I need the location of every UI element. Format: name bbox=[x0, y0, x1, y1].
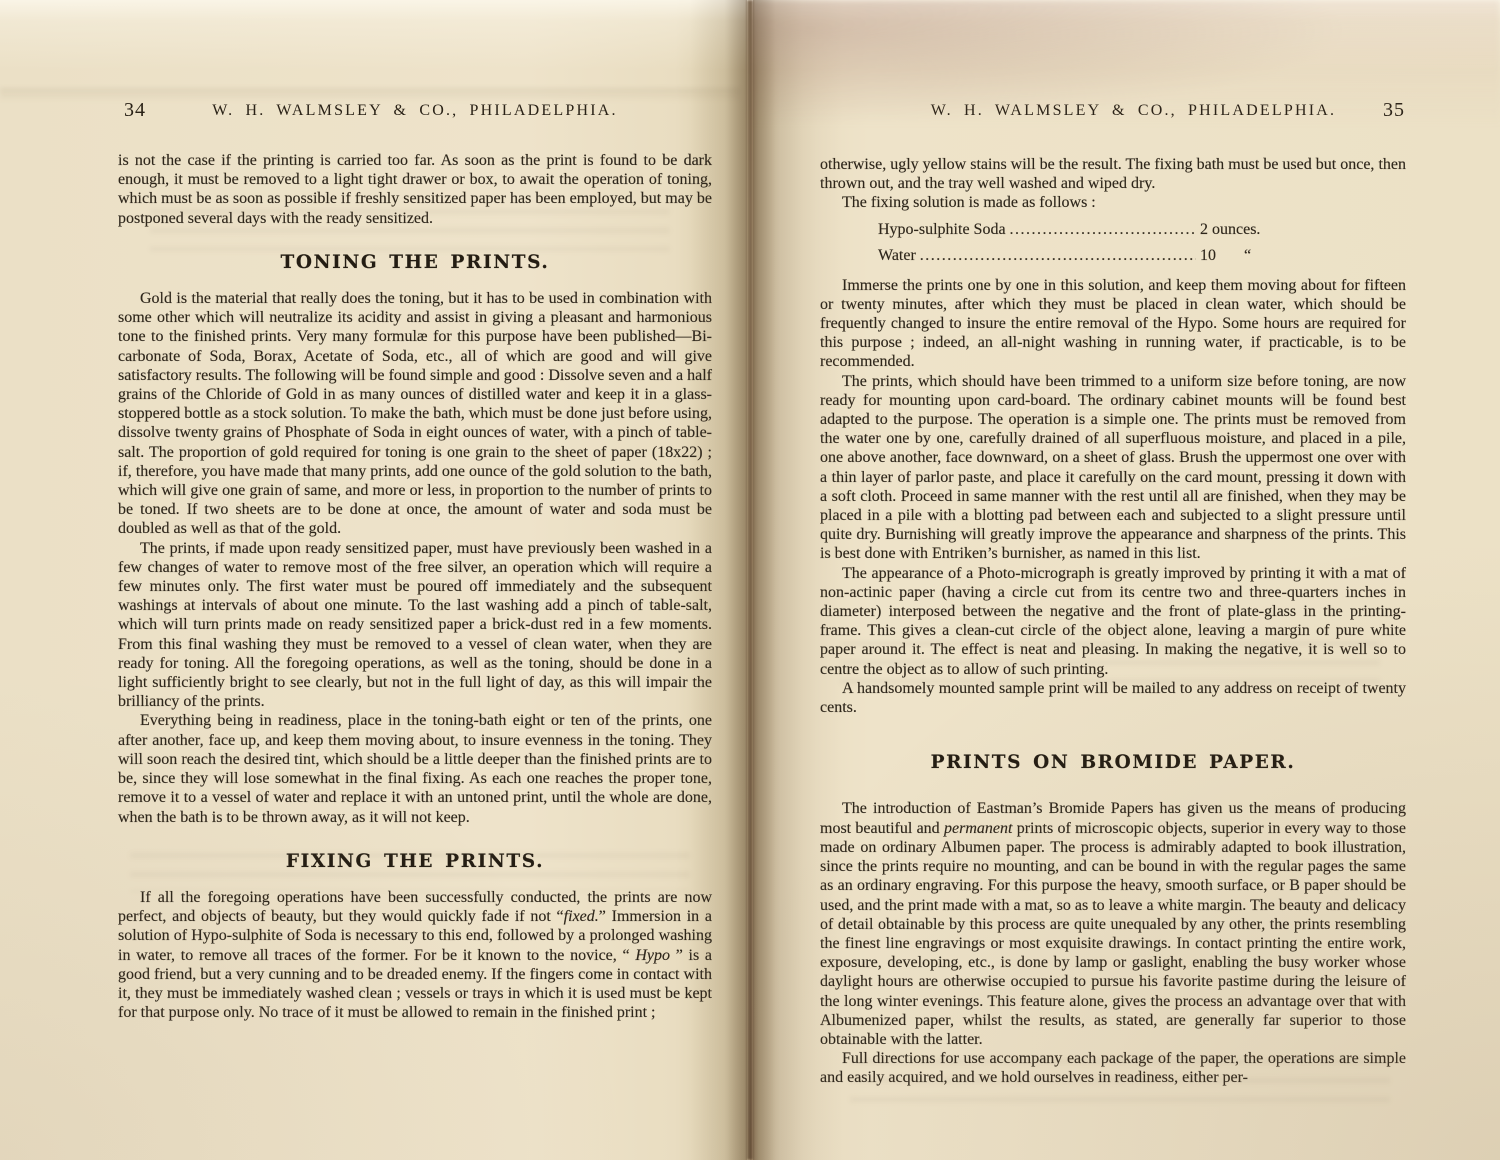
paragraph-fixing-italic-fixed: fixed. bbox=[564, 908, 599, 925]
dot-leader bbox=[920, 243, 1196, 269]
section-heading-bromide: PRINTS ON BROMIDE PAPER. bbox=[820, 753, 1406, 772]
paragraph-toning-bath: Everything being in readiness, place in … bbox=[118, 711, 712, 826]
paragraph-solution-intro: The fixing solution is made as follows : bbox=[820, 193, 1406, 212]
running-header: W. H. WALMSLEY & CO., PHILADELPHIA. bbox=[862, 102, 1405, 120]
paragraph-toning-intro: is not the case if the printing is carri… bbox=[118, 151, 712, 228]
page-number: 35 bbox=[1383, 99, 1405, 122]
paragraph-fixing: If all the foregoing operations have bee… bbox=[118, 888, 712, 1022]
paragraph-sample-print: A handsomely mounted sample print will b… bbox=[820, 679, 1406, 717]
page-35-header: 35 W. H. WALMSLEY & CO., PHILADELPHIA. bbox=[862, 102, 1405, 138]
recipe-row-water: Water 10 “ bbox=[878, 243, 1286, 269]
page-35-text-column: otherwise, ugly yellow stains will be th… bbox=[820, 155, 1406, 1088]
paragraph-gold-formula: Gold is the material that really does th… bbox=[118, 289, 712, 539]
recipe-row-hypo: Hypo-sulphite Soda 2 ounces. bbox=[878, 217, 1286, 243]
paragraph-bromide-italic-permanent: permanent bbox=[944, 820, 1012, 837]
page-number: 34 bbox=[124, 99, 146, 122]
paragraph-mounting: The prints, which should have been trimm… bbox=[820, 372, 1406, 564]
paragraph-fixing-continuation: otherwise, ugly yellow stains will be th… bbox=[820, 155, 1406, 193]
book-scan: 34 W. H. WALMSLEY & CO., PHILADELPHIA. i… bbox=[0, 0, 1500, 1160]
page-34-text-column: is not the case if the printing is carri… bbox=[118, 151, 712, 1022]
recipe-quantity: 2 ounces. bbox=[1200, 217, 1286, 243]
section-heading-toning: TONING THE PRINTS. bbox=[118, 253, 712, 272]
fixing-solution-recipe: Hypo-sulphite Soda 2 ounces. Water 10 “ bbox=[878, 217, 1286, 269]
paragraph-washing-prints: The prints, if made upon ready sensitize… bbox=[118, 539, 712, 712]
page-35: 35 W. H. WALMSLEY & CO., PHILADELPHIA. o… bbox=[750, 0, 1500, 1160]
paragraph-fixing-italic-hypo: Hypo bbox=[635, 947, 670, 964]
section-heading-fixing: FIXING THE PRINTS. bbox=[118, 852, 712, 871]
page-34: 34 W. H. WALMSLEY & CO., PHILADELPHIA. i… bbox=[0, 0, 750, 1160]
paragraph-bromide-seg3: prints of microscopic objects, superior … bbox=[820, 820, 1406, 1048]
recipe-quantity: 10 “ bbox=[1200, 243, 1286, 269]
paragraph-photo-micrograph: The appearance of a Photo-micrograph is … bbox=[820, 564, 1406, 679]
recipe-ingredient: Hypo-sulphite Soda bbox=[878, 217, 1006, 243]
paragraph-bromide: The introduction of Eastman’s Bromide Pa… bbox=[820, 799, 1406, 1049]
dot-leader bbox=[1010, 217, 1196, 243]
recipe-ingredient: Water bbox=[878, 243, 916, 269]
paragraph-directions: Full directions for use accompany each p… bbox=[820, 1049, 1406, 1087]
running-header: W. H. WALMSLEY & CO., PHILADELPHIA. bbox=[118, 102, 712, 120]
page-34-header: 34 W. H. WALMSLEY & CO., PHILADELPHIA. bbox=[118, 102, 712, 138]
paragraph-immerse: Immerse the prints one by one in this so… bbox=[820, 276, 1406, 372]
